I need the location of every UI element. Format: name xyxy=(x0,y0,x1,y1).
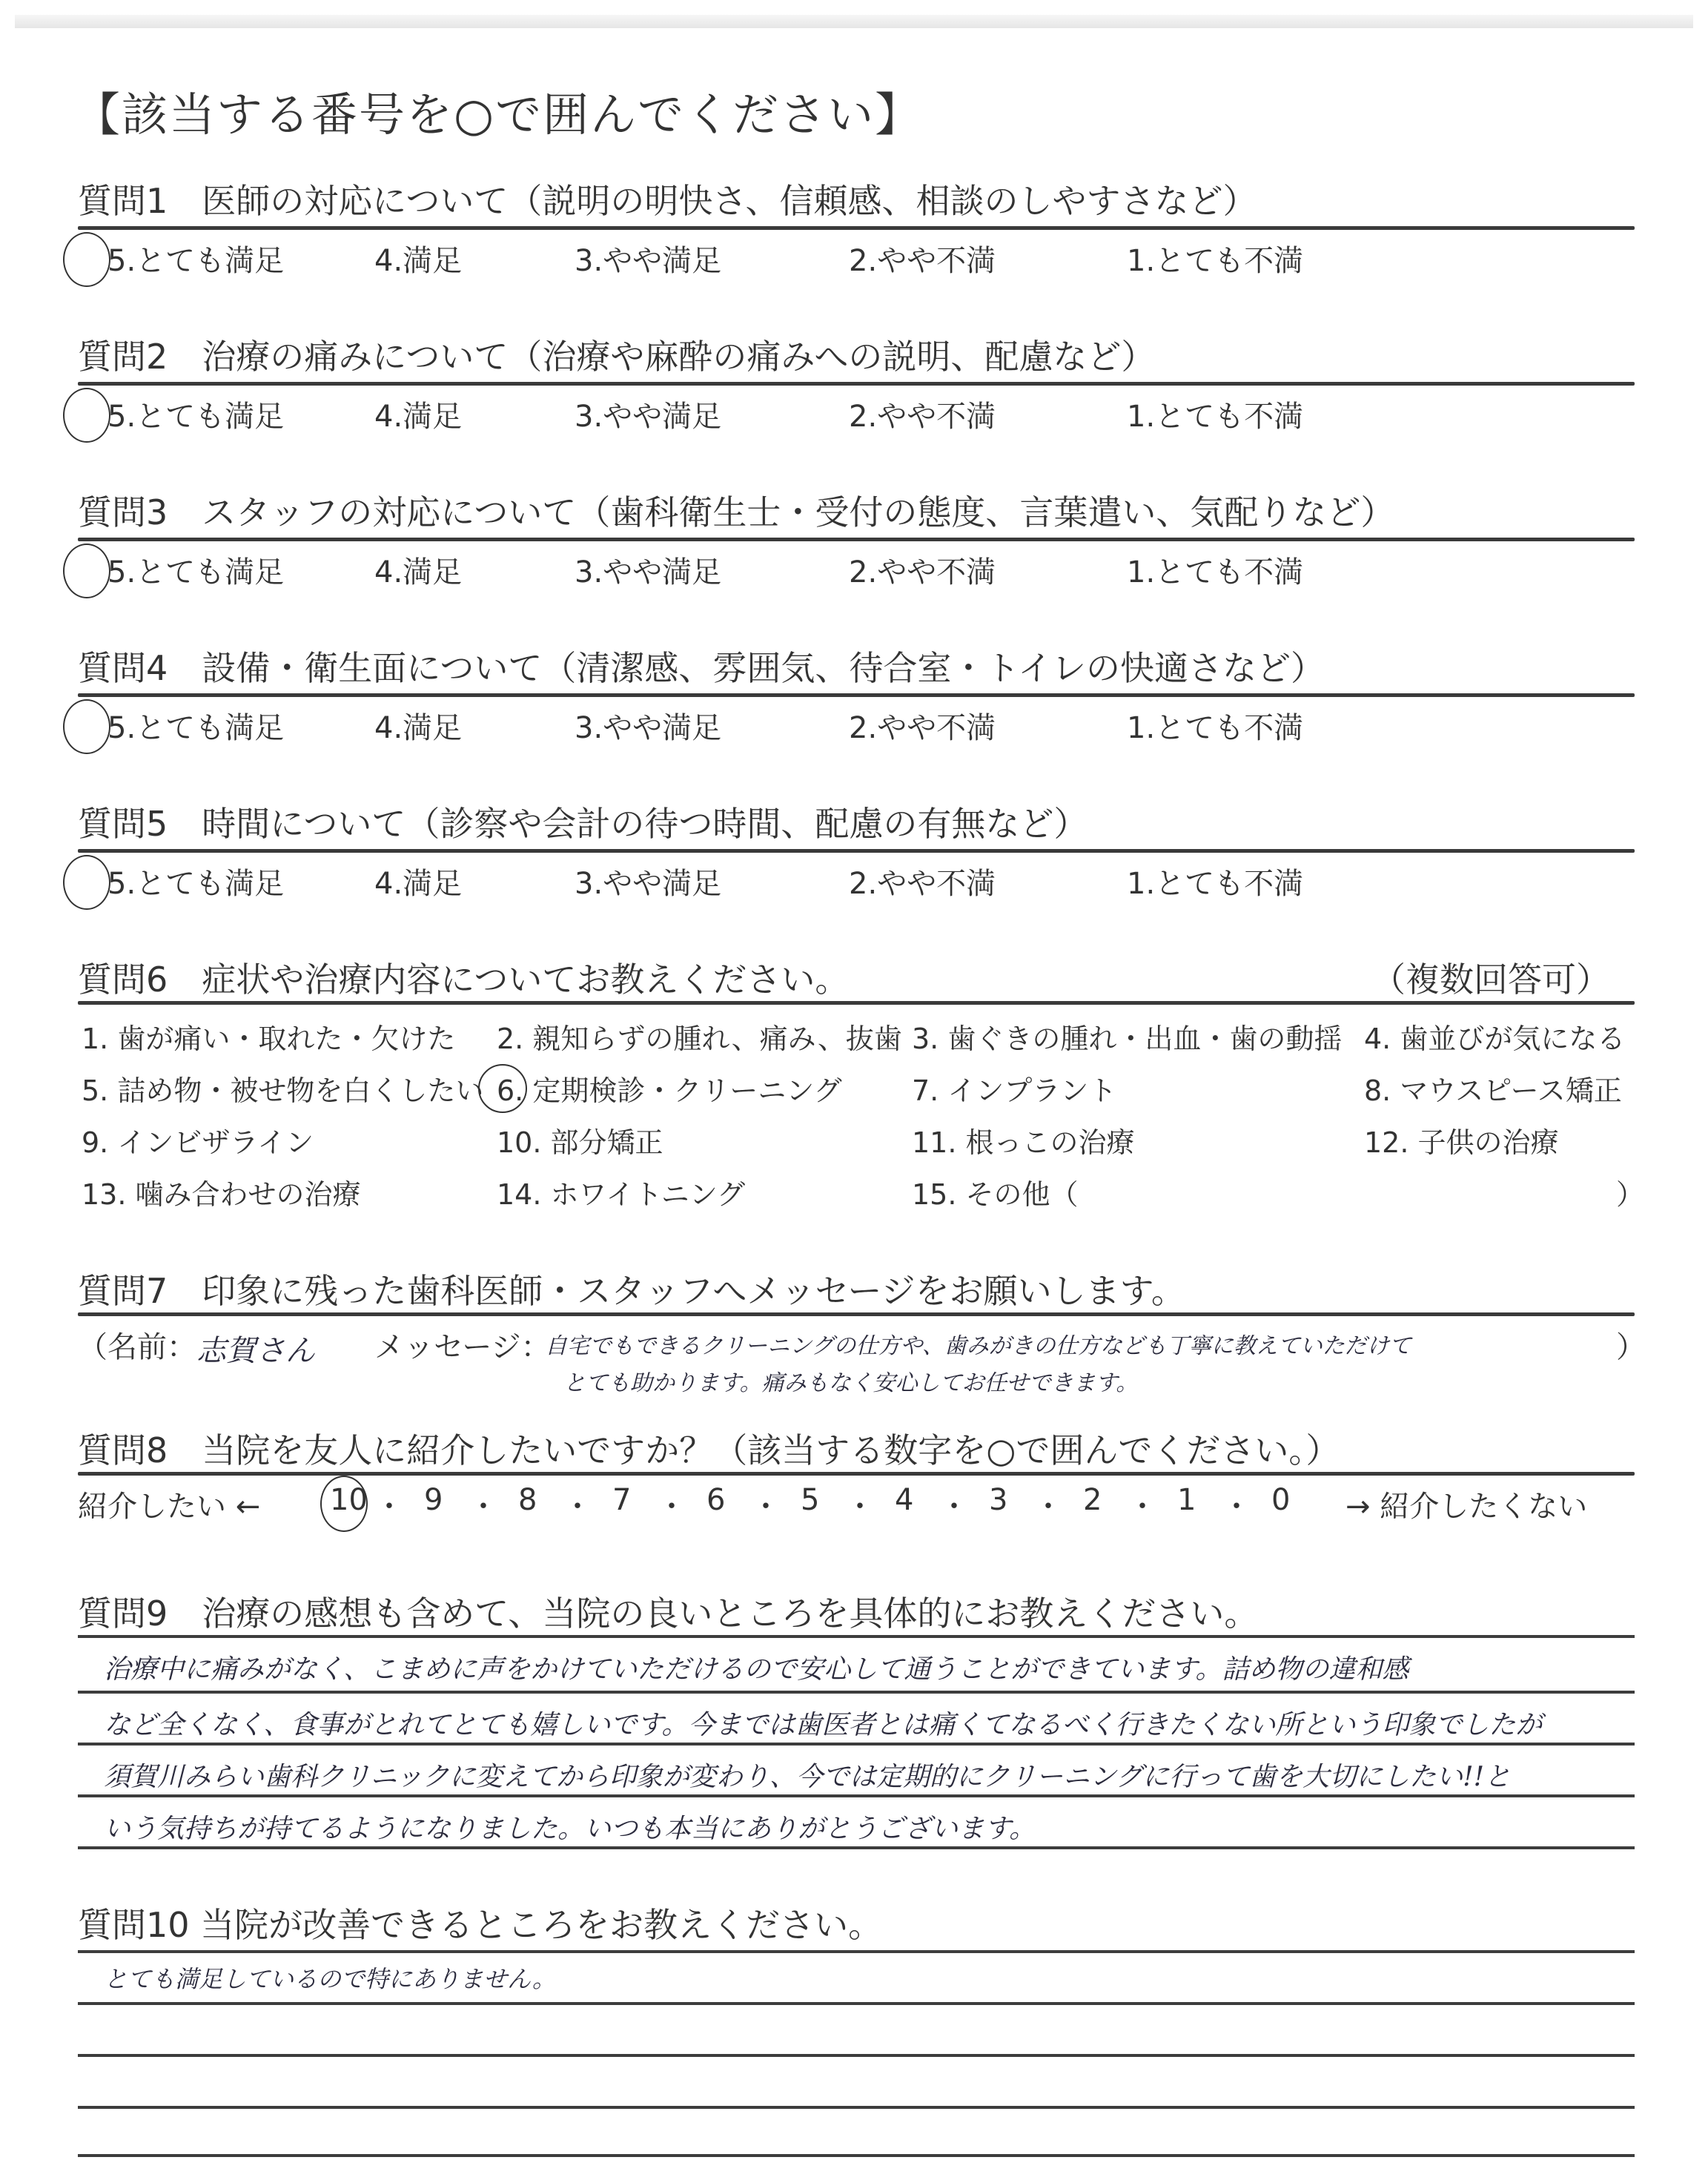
q8-separator: ・ xyxy=(939,1483,969,1525)
q5-option-4[interactable]: 4.満足 xyxy=(374,860,462,902)
q3-rule xyxy=(78,538,1635,541)
q8-scale-0[interactable]: 0 xyxy=(1271,1483,1290,1517)
q2-heading: 質問2 治療の痛みについて（治療や麻酔の痛みへの説明、配慮など） xyxy=(78,330,1155,379)
q7-name-value[interactable]: 志賀さん xyxy=(196,1327,315,1370)
q8-scale-2[interactable]: 2 xyxy=(1083,1483,1102,1517)
q6-rule xyxy=(78,1001,1635,1005)
q7-heading: 質問7 印象に残った歯科医師・スタッフへメッセージをお願いします。 xyxy=(78,1264,1185,1313)
q9-writing-line xyxy=(78,1691,1635,1694)
q10-writing-line xyxy=(78,1950,1635,1953)
q10-writing-line xyxy=(78,2154,1635,2157)
q9-answer-line-1[interactable]: 治療中に痛みがなく、こまめに声をかけていただけるので安心して通うことができていま… xyxy=(104,1648,1409,1686)
q10-heading: 質問10 当院が改善できるところをお教えください。 xyxy=(78,1898,882,1947)
q9-answer-line-2[interactable]: など全くなく、食事がとれてとても嬉しいです。今までは歯医者とは痛くてなるべく行き… xyxy=(104,1704,1542,1742)
q8-scale-6[interactable]: 6 xyxy=(706,1483,725,1517)
q8-separator: ・ xyxy=(657,1483,686,1525)
q6-option-9[interactable]: 9. インビザライン xyxy=(82,1120,314,1160)
q1-option-3[interactable]: 3.やや満足 xyxy=(575,237,721,280)
q4-option-4[interactable]: 4.満足 xyxy=(374,704,462,747)
q4-option-2[interactable]: 2.やや不満 xyxy=(849,704,996,747)
q6-selection-circle xyxy=(478,1064,527,1113)
q3-option-1[interactable]: 1.とても不満 xyxy=(1127,549,1303,591)
q9-writing-line xyxy=(78,1743,1635,1745)
q6-option-4[interactable]: 4. 歯並びが気になる xyxy=(1364,1016,1625,1057)
q6-option-7[interactable]: 7. インプラント xyxy=(912,1068,1116,1109)
q8-separator: ・ xyxy=(1222,1483,1251,1525)
q8-right-label: → 紹介したくない xyxy=(1345,1483,1587,1525)
q8-scale-8[interactable]: 8 xyxy=(518,1483,537,1517)
q4-option-3[interactable]: 3.やや満足 xyxy=(575,704,721,747)
q6-option-5[interactable]: 5. 詰め物・被せ物を白くしたい xyxy=(82,1068,483,1109)
q2-option-2[interactable]: 2.やや不満 xyxy=(849,393,996,435)
q9-answer-line-3[interactable]: 須賀川みらい歯科クリニックに変えてから印象が変わり、今では定期的にクリーニングに… xyxy=(104,1756,1511,1794)
q2-rule xyxy=(78,382,1635,386)
q1-option-1[interactable]: 1.とても不満 xyxy=(1127,237,1303,280)
q8-separator: ・ xyxy=(563,1483,592,1525)
q6-option-1[interactable]: 1. 歯が痛い・取れた・欠けた xyxy=(82,1016,455,1057)
q9-answer-line-4[interactable]: いう気持ちが持てるようになりました。いつも本当にありがとうございます。 xyxy=(104,1808,1036,1846)
q6-option-15[interactable]: 15. その他（ xyxy=(912,1172,1079,1212)
q5-option-2[interactable]: 2.やや不満 xyxy=(849,860,996,902)
q6-option-13[interactable]: 13. 噛み合わせの治療 xyxy=(82,1172,361,1212)
q3-option-5[interactable]: 5.とても満足 xyxy=(107,549,284,591)
q8-scale-5[interactable]: 5 xyxy=(801,1483,819,1517)
q7-message-line1[interactable]: 自宅でもできるクリーニングの仕方や、歯みがきの仕方なども丁寧に教えていただけて xyxy=(545,1327,1411,1360)
q3-option-3[interactable]: 3.やや満足 xyxy=(575,549,721,591)
q1-rule xyxy=(78,226,1635,230)
q5-heading: 質問5 時間について（診察や会計の待つ時間、配慮の有無など） xyxy=(78,797,1088,846)
q10-answer-line-1[interactable]: とても満足しているので特にありません。 xyxy=(104,1961,556,1995)
q6-option-8[interactable]: 8. マウスピース矯正 xyxy=(1364,1068,1622,1109)
q5-option-5[interactable]: 5.とても満足 xyxy=(107,860,284,902)
q5-option-1[interactable]: 1.とても不満 xyxy=(1127,860,1303,902)
q3-option-4[interactable]: 4.満足 xyxy=(374,549,462,591)
q9-writing-line xyxy=(78,1846,1635,1849)
q7-name-label: （名前： xyxy=(78,1324,196,1366)
q6-option-14[interactable]: 14. ホワイトニング xyxy=(497,1172,745,1212)
q9-heading: 質問9 治療の感想も含めて、当院の良いところを具体的にお教えください。 xyxy=(78,1587,1258,1636)
q4-option-5[interactable]: 5.とても満足 xyxy=(107,704,284,747)
q8-scale-1[interactable]: 1 xyxy=(1177,1483,1196,1517)
q7-message-line2[interactable]: とても助かります。痛みもなく安心してお任せできます。 xyxy=(563,1364,1138,1397)
q6-other-close: ） xyxy=(1616,1172,1644,1212)
q8-separator: ・ xyxy=(1128,1483,1157,1525)
q8-separator: ・ xyxy=(469,1483,498,1525)
q9-writing-line xyxy=(78,1635,1635,1638)
q8-separator: ・ xyxy=(845,1483,875,1525)
q3-option-2[interactable]: 2.やや不満 xyxy=(849,549,996,591)
q1-option-4[interactable]: 4.満足 xyxy=(374,237,462,280)
q10-writing-line xyxy=(78,2106,1635,2109)
q5-selection-circle xyxy=(63,855,110,910)
q8-scale-9[interactable]: 9 xyxy=(424,1483,443,1517)
q4-selection-circle xyxy=(63,699,110,754)
q3-heading: 質問3 スタッフの対応について（歯科衛生士・受付の態度、言葉遣い、気配りなど） xyxy=(78,486,1394,535)
q8-scale-7[interactable]: 7 xyxy=(612,1483,631,1517)
q1-selection-circle xyxy=(63,232,110,287)
q8-separator: ・ xyxy=(1033,1483,1063,1525)
form-title: 【該当する番号を○で囲んでください】 xyxy=(74,78,922,144)
q10-writing-line xyxy=(78,2054,1635,2057)
q2-option-5[interactable]: 5.とても満足 xyxy=(107,393,284,435)
q2-option-4[interactable]: 4.満足 xyxy=(374,393,462,435)
q4-rule xyxy=(78,693,1635,697)
q7-message-label: メッセージ： xyxy=(374,1324,551,1366)
q2-selection-circle xyxy=(63,388,110,443)
q8-left-label: 紹介したい ← xyxy=(78,1483,260,1525)
q5-option-3[interactable]: 3.やや満足 xyxy=(575,860,721,902)
q6-option-10[interactable]: 10. 部分矯正 xyxy=(497,1120,663,1160)
q6-option-6[interactable]: 6. 定期検診・クリーニング xyxy=(497,1068,842,1109)
q2-option-1[interactable]: 1.とても不満 xyxy=(1127,393,1303,435)
q1-option-2[interactable]: 2.やや不満 xyxy=(849,237,996,280)
q4-option-1[interactable]: 1.とても不満 xyxy=(1127,704,1303,747)
q5-rule xyxy=(78,849,1635,853)
q7-close-paren: ） xyxy=(1616,1324,1646,1366)
q8-separator: ・ xyxy=(374,1483,404,1525)
q6-option-3[interactable]: 3. 歯ぐきの腫れ・出血・歯の動揺 xyxy=(912,1016,1342,1057)
q1-heading: 質問1 医師の対応について（説明の明快さ、信頼感、相談のしやすさなど） xyxy=(78,174,1257,223)
q8-scale-4[interactable]: 4 xyxy=(895,1483,913,1517)
q6-heading: 質問6 症状や治療内容についてお教えください。 xyxy=(78,953,849,1002)
q7-rule xyxy=(78,1312,1635,1316)
q8-scale-3[interactable]: 3 xyxy=(989,1483,1007,1517)
q6-option-11[interactable]: 11. 根っこの治療 xyxy=(912,1120,1135,1160)
q2-option-3[interactable]: 3.やや満足 xyxy=(575,393,721,435)
q6-multiple-note: （複数回答可） xyxy=(1371,953,1610,1002)
q10-writing-line xyxy=(78,2002,1635,2005)
scan-top-edge xyxy=(15,15,1693,28)
q8-heading: 質問8 当院を友人に紹介したいですか？（該当する数字を○で囲んでください。） xyxy=(78,1424,1340,1473)
q3-selection-circle xyxy=(63,544,110,598)
q9-writing-line xyxy=(78,1794,1635,1797)
q8-separator: ・ xyxy=(751,1483,781,1525)
q6-option-2[interactable]: 2. 親知らずの腫れ、痛み、抜歯 xyxy=(497,1016,902,1057)
q4-heading: 質問4 設備・衛生面について（清潔感、雰囲気、待合室・トイレの快適さなど） xyxy=(78,641,1325,690)
q8-rule xyxy=(78,1472,1635,1476)
q6-option-12[interactable]: 12. 子供の治療 xyxy=(1364,1120,1559,1160)
q8-selection-circle xyxy=(320,1476,368,1532)
q1-option-5[interactable]: 5.とても満足 xyxy=(107,237,284,280)
